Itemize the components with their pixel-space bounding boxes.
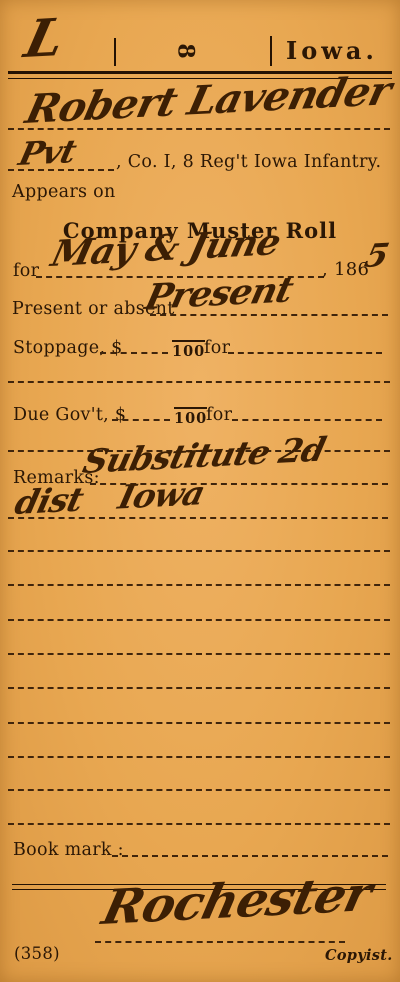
stoppage-fraction: 100 [172,340,205,360]
signature-dotted [95,941,345,943]
header-divider-bar-left [114,38,116,66]
soldier-name-handwritten: Robert Lavender [22,71,394,130]
unit-number-sideways: 8 [173,43,199,58]
remarks-handwritten-line2: dist Iowa [12,476,207,519]
stoppage-label: Stoppage, $ [13,338,123,358]
book-mark-label: Book mark : [13,840,124,860]
entry-letter-handwritten: L [20,12,68,66]
remarks-handwritten-line1: Substitute 2d [80,433,328,478]
due-for-label: for [206,405,232,425]
remarks-dotted-line2 [8,517,388,519]
state-label: Iowa. [286,36,378,65]
stoppage-amount-dotted [100,352,168,354]
name-dotted-line [8,128,390,130]
copyist-signature-handwritten: Rochester [98,870,375,932]
due-govt-label: Due Gov't, $ [13,405,126,425]
rank-dotted-line [8,169,114,171]
plate-number: (358) [14,944,60,963]
stoppage-reason-dotted [228,352,382,354]
copyist-label: Copyist. [325,947,393,964]
for-label: for [13,261,39,281]
blank-line [8,381,390,383]
present-value-handwritten: Present [142,273,296,315]
due-fraction: 100 [174,407,207,427]
blank-line [8,789,390,791]
blank-line [8,653,390,655]
blank-line [8,823,390,825]
appears-on-label: Appears on [12,182,116,202]
period-handwritten: May & June [48,224,283,272]
due-amount-dotted [112,419,170,421]
rank-handwritten: Pvt [16,135,79,170]
blank-line [8,687,390,689]
blank-line [8,619,390,621]
book-mark-dotted [112,855,388,857]
blank-line [8,550,390,552]
muster-roll-card: L 8 Iowa. Robert Lavender Pvt , Co. I, 8… [0,0,400,982]
blank-line [8,584,390,586]
unit-description: , Co. I, 8 Reg't Iowa Infantry. [116,152,381,172]
header-divider-bar-right [270,36,272,66]
due-reason-dotted [232,419,382,421]
year-digit-handwritten: 5 [362,239,391,272]
blank-line [8,756,390,758]
stoppage-for-label: for [204,338,230,358]
blank-line [8,722,390,724]
